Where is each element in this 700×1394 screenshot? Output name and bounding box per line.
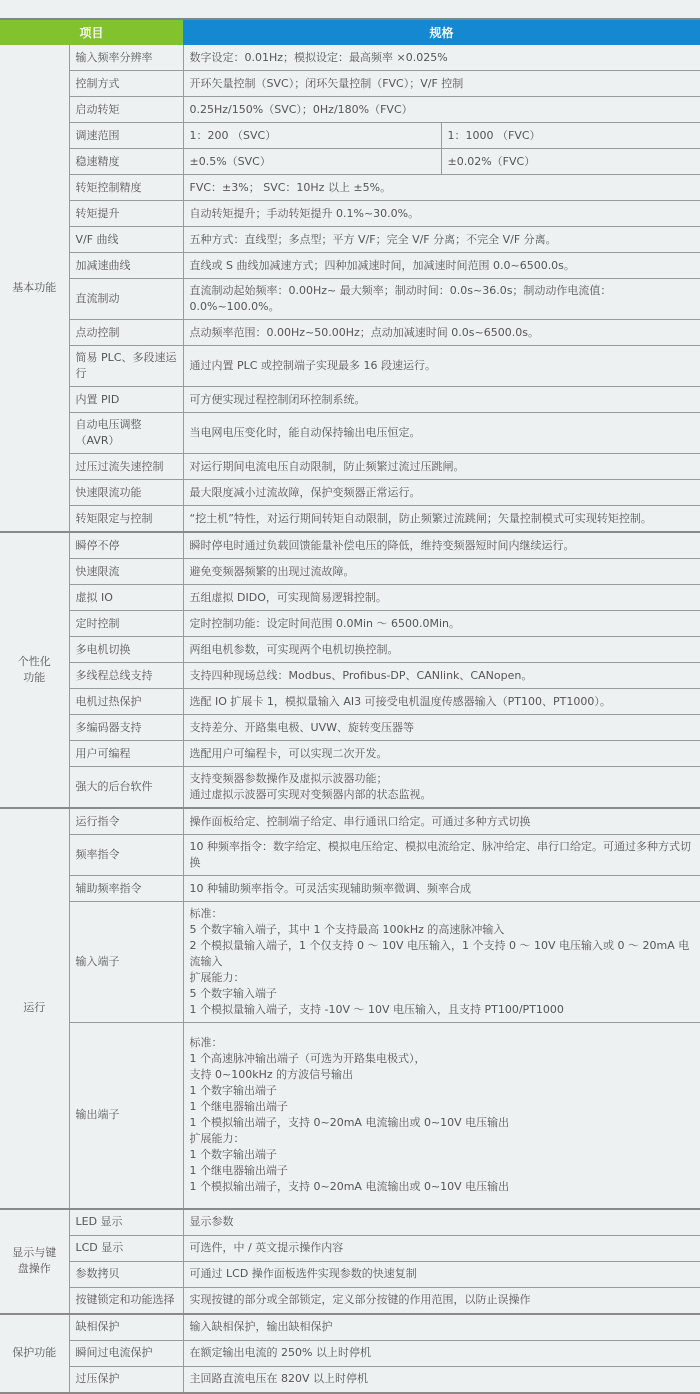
table-row: 用户可编程选配用户可编程卡，可以实现二次开发。	[0, 741, 700, 767]
item-cell: 按键锁定和功能选择	[69, 1287, 183, 1314]
table-row: 频率指令10 种频率指令：数字给定、模拟电压给定、模拟电流给定、脉冲给定、串行口…	[0, 835, 700, 876]
item-cell: 输入端子	[69, 902, 183, 1023]
category-cell: 基本功能	[0, 45, 69, 532]
spec-cell: 支持差分、开路集电极、UVW、旋转变压器等	[183, 715, 700, 741]
item-cell: 输入频率分辨率	[69, 45, 183, 71]
table-row: 直流制动直流制动起始频率：0.00Hz~ 最大频率；制动时间：0.0s~36.0…	[0, 279, 700, 320]
table-row: 控制方式开环矢量控制（SVC）；闭环矢量控制（FVC）；V/F 控制	[0, 71, 700, 97]
item-cell: 转矩提升	[69, 201, 183, 227]
item-cell: 缺相保护	[69, 1314, 183, 1341]
item-cell: 瞬间过电流保护	[69, 1340, 183, 1366]
item-cell: 辅助频率指令	[69, 876, 183, 902]
table-row: 个性化 功能瞬停不停瞬时停电时通过负载回馈能量补偿电压的降低，维持变频器短时间内…	[0, 532, 700, 559]
item-cell: 参数拷贝	[69, 1261, 183, 1287]
spec-cell: 可方便实现过程控制闭环控制系统。	[183, 387, 700, 413]
table-row: 电机过热保护选配 IO 扩展卡 1，模拟量输入 AI3 可接受电机温度传感器输入…	[0, 689, 700, 715]
table-row: 参数拷贝可通过 LCD 操作面板选件实现参数的快速复制	[0, 1261, 700, 1287]
item-cell: 加减速曲线	[69, 253, 183, 279]
spec-cell: 显示参数	[183, 1209, 700, 1236]
spec-cell: 支持四种现场总线：Modbus、Profibus-DP、CANlink、CANo…	[183, 663, 700, 689]
item-cell: 启动转矩	[69, 97, 183, 123]
spec-table-container: 项目 规格 基本功能输入频率分辨率数字设定：0.01Hz；模拟设定：最高频率 ×…	[0, 18, 700, 1369]
category-cell: 保护功能	[0, 1314, 69, 1370]
spec-cell: 瞬时停电时通过负载回馈能量补偿电压的降低，维持变频器短时间内继续运行。	[183, 532, 700, 559]
spec-cell: 标准： 5 个数字输入端子，其中 1 个支持最高 100kHz 的高速脉冲输入 …	[183, 902, 700, 1023]
table-row: 运行运行指令操作面板给定、控制端子给定、串行通讯口给定。可通过多种方式切换	[0, 808, 700, 835]
item-cell: LED 显示	[69, 1209, 183, 1236]
table-row: V/F 曲线五种方式：直线型；多点型；平方 V/F；完全 V/F 分离；不完全 …	[0, 227, 700, 253]
table-row: 定时控制定时控制功能：设定时间范围 0.0Min ～ 6500.0Min。	[0, 611, 700, 637]
table-row: 多线程总线支持支持四种现场总线：Modbus、Profibus-DP、CANli…	[0, 663, 700, 689]
item-cell: 定时控制	[69, 611, 183, 637]
table-row: 虚拟 IO五组虚拟 DIDO，可实现简易逻辑控制。	[0, 585, 700, 611]
category-cell: 运行	[0, 808, 69, 1209]
item-cell: 稳速精度	[69, 149, 183, 175]
table-row: 快速限流避免变频器频繁的出现过流故障。	[0, 559, 700, 585]
spec-cell: 输入缺相保护，输出缺相保护	[183, 1314, 700, 1341]
category-cell: 显示与键 盘操作	[0, 1209, 69, 1314]
table-row: 多编码器支持支持差分、开路集电极、UVW、旋转变压器等	[0, 715, 700, 741]
table-row: 显示与键 盘操作LED 显示显示参数	[0, 1209, 700, 1236]
spec-cell: 两组电机参数，可实现两个电机切换控制。	[183, 637, 700, 663]
category-cell: 个性化 功能	[0, 532, 69, 808]
item-cell: 转矩限定与控制	[69, 506, 183, 533]
table-row: 基本功能输入频率分辨率数字设定：0.01Hz；模拟设定：最高频率 ×0.025%	[0, 45, 700, 71]
header-spec: 规格	[183, 19, 700, 45]
spec-cell-secondary: ±0.02%（FVC）	[441, 149, 700, 175]
item-cell: 瞬停不停	[69, 532, 183, 559]
item-cell: 用户可编程	[69, 741, 183, 767]
item-cell: 过压过流失速控制	[69, 454, 183, 480]
item-cell: 多线程总线支持	[69, 663, 183, 689]
table-row: 启动转矩0.25Hz/150%（SVC）；0Hz/180%（FVC）	[0, 97, 700, 123]
item-cell: 快速限流	[69, 559, 183, 585]
item-cell: 电机过热保护	[69, 689, 183, 715]
spec-cell: 1：200 （SVC）	[183, 123, 441, 149]
table-row: 点动控制点动频率范围：0.00Hz~50.00Hz；点动加减速时间 0.0s~6…	[0, 320, 700, 346]
item-cell: LCD 显示	[69, 1235, 183, 1261]
table-row: 保护功能缺相保护输入缺相保护，输出缺相保护	[0, 1314, 700, 1341]
spec-cell: 开环矢量控制（SVC）；闭环矢量控制（FVC）；V/F 控制	[183, 71, 700, 97]
table-row: 按键锁定和功能选择实现按键的部分或全部锁定，定义部分按键的作用范围，以防止误操作	[0, 1287, 700, 1314]
table-row: 简易 PLC、多段速运行通过内置 PLC 或控制端子实现最多 16 段速运行。	[0, 346, 700, 387]
table-row: 转矩控制精度FVC：±3%； SVC：10Hz 以上 ±5%。	[0, 175, 700, 201]
item-cell: 转矩控制精度	[69, 175, 183, 201]
item-cell: 虚拟 IO	[69, 585, 183, 611]
table-row: 内置 PID可方便实现过程控制闭环控制系统。	[0, 387, 700, 413]
item-cell: 输出端子	[69, 1023, 183, 1209]
spec-cell: 当电网电压变化时，能自动保持输出电压恒定。	[183, 413, 700, 454]
spec-cell: 直线或 S 曲线加减速方式；四种加减速时间，加减速时间范围 0.0~6500.0…	[183, 253, 700, 279]
item-cell: 强大的后台软件	[69, 767, 183, 809]
spec-cell: “挖土机”特性，对运行期间转矩自动限制，防止频繁过流跳闸；矢量控制模式可实现转矩…	[183, 506, 700, 533]
spec-cell: 标准： 1 个高速脉冲输出端子（可选为开路集电极式）， 支持 0~100kHz …	[183, 1023, 700, 1209]
spec-cell: 自动转矩提升；手动转矩提升 0.1%~30.0%。	[183, 201, 700, 227]
table-row: 调速范围1：200 （SVC）1：1000 （FVC）	[0, 123, 700, 149]
spec-cell: 10 种频率指令：数字给定、模拟电压给定、模拟电流给定、脉冲给定、串行口给定。可…	[183, 835, 700, 876]
item-cell: 调速范围	[69, 123, 183, 149]
spec-table: 项目 规格 基本功能输入频率分辨率数字设定：0.01Hz；模拟设定：最高频率 ×…	[0, 18, 700, 1369]
item-cell: 点动控制	[69, 320, 183, 346]
spec-cell: FVC：±3%； SVC：10Hz 以上 ±5%。	[183, 175, 700, 201]
header-item: 项目	[0, 19, 183, 45]
item-cell: 频率指令	[69, 835, 183, 876]
spec-cell: 定时控制功能：设定时间范围 0.0Min ～ 6500.0Min。	[183, 611, 700, 637]
table-row: 辅助频率指令10 种辅助频率指令。可灵活实现辅助频率微调、频率合成	[0, 876, 700, 902]
item-cell: V/F 曲线	[69, 227, 183, 253]
table-row: 自动电压调整（AVR）当电网电压变化时，能自动保持输出电压恒定。	[0, 413, 700, 454]
spec-cell: 0.25Hz/150%（SVC）；0Hz/180%（FVC）	[183, 97, 700, 123]
table-row: 输出端子标准： 1 个高速脉冲输出端子（可选为开路集电极式）， 支持 0~100…	[0, 1023, 700, 1209]
spec-cell: 避免变频器频繁的出现过流故障。	[183, 559, 700, 585]
table-row: 稳速精度±0.5%（SVC）±0.02%（FVC）	[0, 149, 700, 175]
spec-cell: 在额定输出电流的 250% 以上时停机	[183, 1340, 700, 1366]
spec-cell: 10 种辅助频率指令。可灵活实现辅助频率微调、频率合成	[183, 876, 700, 902]
table-row: 多电机切换两组电机参数，可实现两个电机切换控制。	[0, 637, 700, 663]
spec-cell: ±0.5%（SVC）	[183, 149, 441, 175]
spec-cell: 可通过 LCD 操作面板选件实现参数的快速复制	[183, 1261, 700, 1287]
spec-cell: 实现按键的部分或全部锁定，定义部分按键的作用范围，以防止误操作	[183, 1287, 700, 1314]
item-cell: 控制方式	[69, 71, 183, 97]
table-row: 快速限流功能最大限度减小过流故障，保护变频器正常运行。	[0, 480, 700, 506]
spec-cell: 可选件，中 / 英文提示操作内容	[183, 1235, 700, 1261]
item-cell: 多电机切换	[69, 637, 183, 663]
spec-cell: 直流制动起始频率：0.00Hz~ 最大频率；制动时间：0.0s~36.0s；制动…	[183, 279, 700, 320]
item-cell: 快速限流功能	[69, 480, 183, 506]
spec-cell-secondary: 1：1000 （FVC）	[441, 123, 700, 149]
spec-cell: 点动频率范围：0.00Hz~50.00Hz；点动加减速时间 0.0s~6500.…	[183, 320, 700, 346]
spec-cell: 选配用户可编程卡，可以实现二次开发。	[183, 741, 700, 767]
spec-cell: 选配 IO 扩展卡 1，模拟量输入 AI3 可接受电机温度传感器输入（PT100…	[183, 689, 700, 715]
spec-cell: 支持变频器参数操作及虚拟示波器功能； 通过虚拟示波器可实现对变频器内部的状态监视…	[183, 767, 700, 809]
table-row: 瞬间过电流保护在额定输出电流的 250% 以上时停机	[0, 1340, 700, 1366]
table-row: 转矩限定与控制“挖土机”特性，对运行期间转矩自动限制，防止频繁过流跳闸；矢量控制…	[0, 506, 700, 533]
spec-cell: 五种方式：直线型；多点型；平方 V/F；完全 V/F 分离；不完全 V/F 分离…	[183, 227, 700, 253]
table-header-row: 项目 规格	[0, 19, 700, 45]
spec-cell: 五组虚拟 DIDO，可实现简易逻辑控制。	[183, 585, 700, 611]
table-row: 强大的后台软件支持变频器参数操作及虚拟示波器功能； 通过虚拟示波器可实现对变频器…	[0, 767, 700, 809]
table-row: LCD 显示可选件，中 / 英文提示操作内容	[0, 1235, 700, 1261]
spec-cell: 最大限度减小过流故障，保护变频器正常运行。	[183, 480, 700, 506]
table-row: 加减速曲线直线或 S 曲线加减速方式；四种加减速时间，加减速时间范围 0.0~6…	[0, 253, 700, 279]
item-cell: 直流制动	[69, 279, 183, 320]
table-row: 转矩提升自动转矩提升；手动转矩提升 0.1%~30.0%。	[0, 201, 700, 227]
spec-cell: 对运行期间电流电压自动限制，防止频繁过流过压跳闸。	[183, 454, 700, 480]
table-row: 过压过流失速控制对运行期间电流电压自动限制，防止频繁过流过压跳闸。	[0, 454, 700, 480]
item-cell: 运行指令	[69, 808, 183, 835]
spec-cell: 数字设定：0.01Hz；模拟设定：最高频率 ×0.025%	[183, 45, 700, 71]
item-cell: 自动电压调整（AVR）	[69, 413, 183, 454]
table-row: 输入端子标准： 5 个数字输入端子，其中 1 个支持最高 100kHz 的高速脉…	[0, 902, 700, 1023]
spec-cell: 操作面板给定、控制端子给定、串行通讯口给定。可通过多种方式切换	[183, 808, 700, 835]
table-body: 基本功能输入频率分辨率数字设定：0.01Hz；模拟设定：最高频率 ×0.025%…	[0, 45, 700, 1369]
item-cell: 内置 PID	[69, 387, 183, 413]
spec-cell: 通过内置 PLC 或控制端子实现最多 16 段速运行。	[183, 346, 700, 387]
item-cell: 多编码器支持	[69, 715, 183, 741]
item-cell: 简易 PLC、多段速运行	[69, 346, 183, 387]
